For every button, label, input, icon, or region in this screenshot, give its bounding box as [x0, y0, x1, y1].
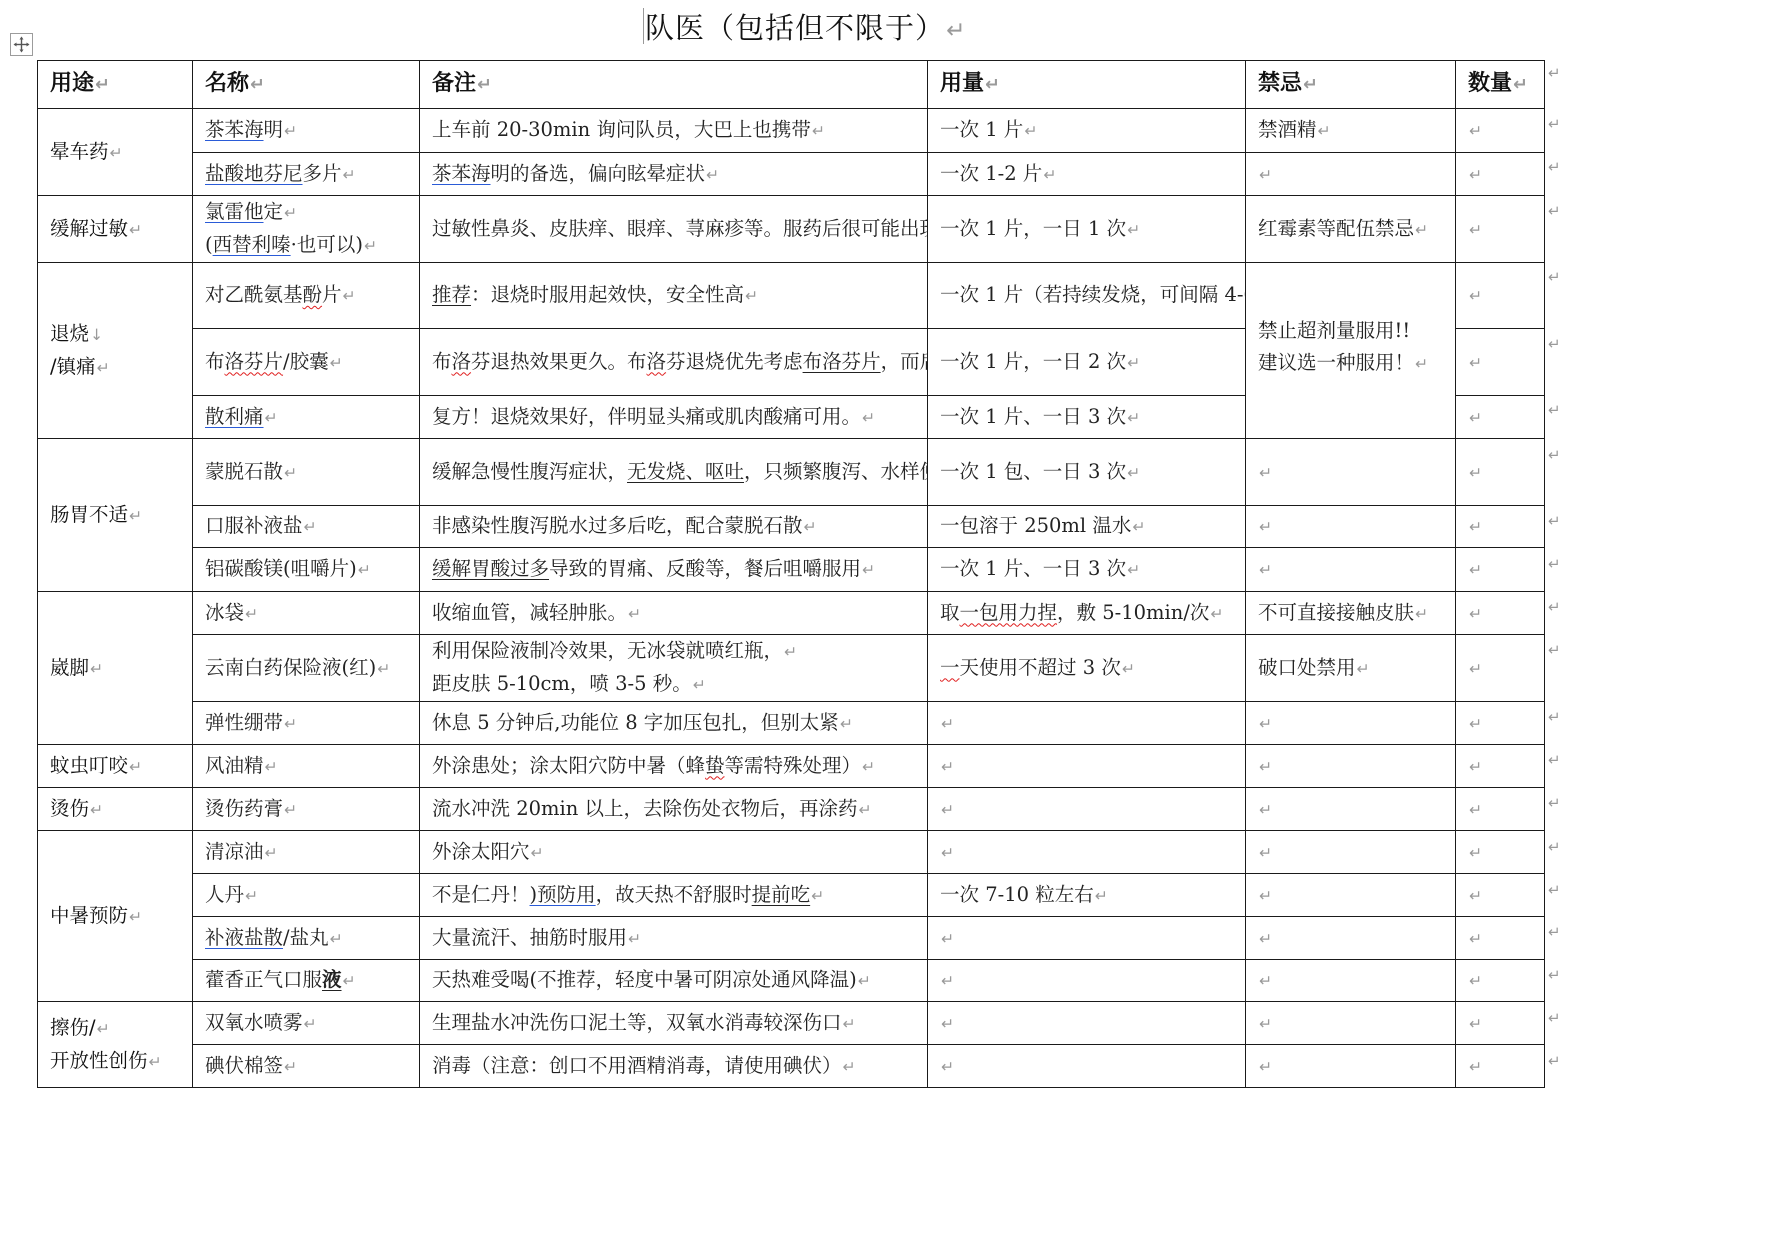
table-row: 烫伤↵ 烫伤药膏↵ 流水冲洗 20min 以上，去除伤处衣物后，再涂药↵ ↵ ↵…: [38, 788, 1545, 831]
row-end-mark-icon: ↵: [1548, 838, 1561, 856]
dosage-cell[interactable]: 一次 1 片，一日 1 次↵: [928, 196, 1246, 263]
row-end-mark-icon: ↵: [1548, 966, 1561, 984]
contra-cell[interactable]: ↵: [1246, 1045, 1456, 1088]
notes-cell[interactable]: 消毒（注意：创口不用酒精消毒，请使用碘伏）↵: [420, 1045, 928, 1088]
quantity-cell[interactable]: ↵: [1456, 329, 1545, 396]
dosage-cell[interactable]: ↵: [928, 702, 1246, 745]
dosage-cell[interactable]: 一次 1 片、一日 3 次↵: [928, 396, 1246, 439]
dosage-cell[interactable]: ↵: [928, 745, 1246, 788]
table-row: 崴脚↵ 冰袋↵ 收缩血管，减轻肿胀。↵ 取一包用力捏，敷 5-10min/次↵ …: [38, 592, 1545, 635]
contra-cell[interactable]: ↵: [1246, 917, 1456, 960]
row-end-mark-icon: ↵: [1548, 923, 1561, 941]
contra-cell[interactable]: ↵: [1246, 788, 1456, 831]
category-cell[interactable]: 肠胃不适↵: [38, 439, 193, 592]
category-cell[interactable]: 中暑预防↵: [38, 831, 193, 1002]
notes-cell[interactable]: 休息 5 分钟后,功能位 8 字加压包扎，但别太紧↵: [420, 702, 928, 745]
dosage-cell[interactable]: 一次 1 片、一日 3 次↵: [928, 548, 1246, 592]
quantity-cell[interactable]: ↵: [1456, 874, 1545, 917]
notes-cell[interactable]: 缓解胃酸过多导致的胃痛、反酸等，餐后咀嚼服用↵: [420, 548, 928, 592]
dosage-cell[interactable]: 一包溶于 250ml 温水↵: [928, 506, 1246, 548]
category-cell[interactable]: 缓解过敏↵: [38, 196, 193, 263]
row-end-mark-icon: ↵: [1548, 158, 1561, 176]
notes-cell[interactable]: 生理盐水冲洗伤口泥土等，双氧水消毒较深伤口↵: [420, 1002, 928, 1045]
name-cell[interactable]: 双氧水喷雾↵: [193, 1002, 420, 1045]
contra-cell[interactable]: ↵: [1246, 548, 1456, 592]
quantity-cell[interactable]: ↵: [1456, 831, 1545, 874]
row-end-mark-icon: ↵: [1548, 598, 1561, 616]
name-cell[interactable]: 布洛芬片/胶囊↵: [193, 329, 420, 396]
table-header-row: 用途↵ 名称↵ 备注↵ 用量↵ 禁忌↵ 数量↵: [38, 61, 1545, 109]
row-end-mark-icon: ↵: [1548, 64, 1561, 82]
name-cell[interactable]: 弹性绷带↵: [193, 702, 420, 745]
text-cursor: [643, 8, 644, 44]
name-cell[interactable]: 铝碳酸镁(咀嚼片)↵: [193, 548, 420, 592]
dosage-cell[interactable]: 一次 1 包、一日 3 次↵: [928, 439, 1246, 506]
row-end-mark-icon: ↵: [1548, 708, 1561, 726]
header-notes[interactable]: 备注↵: [420, 61, 928, 109]
name-cell[interactable]: 烫伤药膏↵: [193, 788, 420, 831]
row-end-mark-icon: ↵: [1548, 641, 1561, 659]
quantity-cell[interactable]: ↵: [1456, 396, 1545, 439]
table-row: 弹性绷带↵ 休息 5 分钟后,功能位 8 字加压包扎，但别太紧↵ ↵ ↵ ↵: [38, 702, 1545, 745]
name-cell[interactable]: 冰袋↵: [193, 592, 420, 635]
table-row: 中暑预防↵ 清凉油↵ 外涂太阳穴↵ ↵ ↵ ↵: [38, 831, 1545, 874]
category-cell[interactable]: 烫伤↵: [38, 788, 193, 831]
name-cell[interactable]: 云南白药保险液(红)↵: [193, 635, 420, 702]
category-cell[interactable]: 退烧↓/镇痛↵: [38, 263, 193, 439]
header-name[interactable]: 名称↵: [193, 61, 420, 109]
quantity-cell[interactable]: ↵: [1456, 1045, 1545, 1088]
medicine-table: 用途↵ 名称↵ 备注↵ 用量↵ 禁忌↵ 数量↵ 晕车药↵ 茶苯海明↵ 上车前 2…: [37, 60, 1545, 1088]
row-end-mark-icon: ↵: [1548, 401, 1561, 419]
quantity-cell[interactable]: ↵: [1456, 702, 1545, 745]
document-title[interactable]: 队医（包括但不限于）↵: [643, 6, 966, 47]
table-row: 铝碳酸镁(咀嚼片)↵ 缓解胃酸过多导致的胃痛、反酸等，餐后咀嚼服用↵ 一次 1 …: [38, 548, 1545, 592]
dosage-cell[interactable]: ↵: [928, 1045, 1246, 1088]
quantity-cell[interactable]: ↵: [1456, 153, 1545, 196]
contra-cell[interactable]: 红霉素等配伍禁忌↵: [1246, 196, 1456, 263]
quantity-cell[interactable]: ↵: [1456, 960, 1545, 1002]
paragraph-mark-icon: ↵: [946, 17, 966, 44]
row-end-mark-icon: ↵: [1548, 115, 1561, 133]
quantity-cell[interactable]: ↵: [1456, 635, 1545, 702]
row-end-mark-icon: ↵: [1548, 202, 1561, 220]
contra-cell[interactable]: 禁酒精↵: [1246, 109, 1456, 153]
dosage-cell[interactable]: ↵: [928, 1002, 1246, 1045]
category-cell[interactable]: 晕车药↵: [38, 109, 193, 196]
table-row: 云南白药保险液(红)↵ 利用保险液制冷效果，无冰袋就喷红瓶，↵距皮肤 5-10c…: [38, 635, 1545, 702]
row-end-mark-icon: ↵: [1548, 881, 1561, 899]
table-row: 晕车药↵ 茶苯海明↵ 上车前 20-30min 询问队员，大巴上也携带↵ 一次 …: [38, 109, 1545, 153]
notes-cell[interactable]: 利用保险液制冷效果，无冰袋就喷红瓶，↵距皮肤 5-10cm，喷 3-5 秒。↵: [420, 635, 928, 702]
contra-cell[interactable]: ↵: [1246, 702, 1456, 745]
name-cell[interactable]: 清凉油↵: [193, 831, 420, 874]
contra-cell[interactable]: ↵: [1246, 745, 1456, 788]
row-end-mark-icon: ↵: [1548, 446, 1561, 464]
contra-cell[interactable]: ↵: [1246, 439, 1456, 506]
table-row: 缓解过敏↵ 氯雷他定↵(西替利嗪·也可以)↵ 过敏性鼻炎、皮肤痒、眼痒、荨麻疹等…: [38, 196, 1545, 263]
quantity-cell[interactable]: ↵: [1456, 263, 1545, 329]
notes-cell[interactable]: 缓解急慢性腹泻症状，无发烧、呕吐，只频繁腹泻、水样便，服用止泻。需配合补液盐。↵: [420, 439, 928, 506]
notes-cell[interactable]: 大量流汗、抽筋时服用↵: [420, 917, 928, 960]
notes-cell[interactable]: 上车前 20-30min 询问队员，大巴上也携带↵: [420, 109, 928, 153]
name-cell[interactable]: 氯雷他定↵(西替利嗪·也可以)↵: [193, 196, 420, 263]
header-contraindication[interactable]: 禁忌↵: [1246, 61, 1456, 109]
contra-cell-shared[interactable]: 禁止超剂量服用!!建议选一种服用！↵: [1246, 263, 1456, 439]
table-row: 退烧↓/镇痛↵ 对乙酰氨基酚片↵ 推荐：退烧时服用起效快，安全性高↵ 一次 1 …: [38, 263, 1545, 329]
notes-cell[interactable]: 过敏性鼻炎、皮肤痒、眼痒、荨麻疹等。服药后很可能出现困倦、乏力、头痛，需关注服药…: [420, 196, 928, 263]
dosage-cell[interactable]: 一次 1-2 片↵: [928, 153, 1246, 196]
name-cell[interactable]: 风油精↵: [193, 745, 420, 788]
row-end-mark-icon: ↵: [1548, 335, 1561, 353]
dosage-cell[interactable]: 取一包用力捏，敷 5-10min/次↵: [928, 592, 1246, 635]
dosage-cell[interactable]: ↵: [928, 788, 1246, 831]
quantity-cell[interactable]: ↵: [1456, 109, 1545, 153]
contra-cell[interactable]: ↵: [1246, 506, 1456, 548]
name-cell[interactable]: 盐酸地芬尼多片↵: [193, 153, 420, 196]
name-cell[interactable]: 补液盐散/盐丸↵: [193, 917, 420, 960]
table-row: 藿香正气口服液↵ 天热难受喝(不推荐，轻度中暑可阴凉处通风降温)↵ ↵ ↵ ↵: [38, 960, 1545, 1002]
table-row: 盐酸地芬尼多片↵ 茶苯海明的备选，偏向眩晕症状↵ 一次 1-2 片↵ ↵ ↵: [38, 153, 1545, 196]
dosage-cell[interactable]: 一次 1 片↵: [928, 109, 1246, 153]
contra-cell[interactable]: ↵: [1246, 153, 1456, 196]
quantity-cell[interactable]: ↵: [1456, 196, 1545, 263]
table-row: 肠胃不适↵ 蒙脱石散↵ 缓解急慢性腹泻症状，无发烧、呕吐，只频繁腹泻、水样便，服…: [38, 439, 1545, 506]
category-cell[interactable]: 蚊虫叮咬↵: [38, 745, 193, 788]
quantity-cell[interactable]: ↵: [1456, 592, 1545, 635]
table-row: 人丹↵ 不是仁丹！)预防用，故天热不舒服时提前吃↵ 一次 7-10 粒左右↵ ↵…: [38, 874, 1545, 917]
category-cell[interactable]: 崴脚↵: [38, 592, 193, 745]
row-end-mark-icon: ↵: [1548, 268, 1561, 286]
name-cell[interactable]: 对乙酰氨基酚片↵: [193, 263, 420, 329]
notes-cell[interactable]: 收缩血管，减轻肿胀。↵: [420, 592, 928, 635]
notes-cell[interactable]: 外涂太阳穴↵: [420, 831, 928, 874]
header-quantity[interactable]: 数量↵: [1456, 61, 1545, 109]
row-end-mark-icon: ↵: [1548, 512, 1561, 530]
row-end-mark-icon: ↵: [1548, 1009, 1561, 1027]
name-cell[interactable]: 蒙脱石散↵: [193, 439, 420, 506]
quantity-cell[interactable]: ↵: [1456, 917, 1545, 960]
row-end-mark-icon: ↵: [1548, 1052, 1561, 1070]
notes-cell[interactable]: 流水冲洗 20min 以上，去除伤处衣物后，再涂药↵: [420, 788, 928, 831]
table-row: 擦伤/↵开放性创伤↵ 双氧水喷雾↵ 生理盐水冲洗伤口泥土等，双氧水消毒较深伤口↵…: [38, 1002, 1545, 1045]
contra-cell[interactable]: 不可直接接触皮肤↵: [1246, 592, 1456, 635]
notes-cell[interactable]: 非感染性腹泻脱水过多后吃，配合蒙脱石散↵: [420, 506, 928, 548]
quantity-cell[interactable]: ↵: [1456, 788, 1545, 831]
quantity-cell[interactable]: ↵: [1456, 506, 1545, 548]
dosage-cell[interactable]: ↵: [928, 960, 1246, 1002]
notes-cell[interactable]: 不是仁丹！)预防用，故天热不舒服时提前吃↵: [420, 874, 928, 917]
notes-cell[interactable]: 布洛芬退热效果更久。布洛芬退烧优先考虑布洛芬片，而后胶囊。缓释胶囊则多用于止疼。…: [420, 329, 928, 396]
notes-cell[interactable]: 推荐：退烧时服用起效快，安全性高↵: [420, 263, 928, 329]
name-cell[interactable]: 口服补液盐↵: [193, 506, 420, 548]
row-end-mark-icon: ↵: [1548, 751, 1561, 769]
name-cell[interactable]: 茶苯海明↵: [193, 109, 420, 153]
quantity-cell[interactable]: ↵: [1456, 745, 1545, 788]
notes-cell[interactable]: 复方！退烧效果好，伴明显头痛或肌肉酸痛可用。↵: [420, 396, 928, 439]
dosage-cell[interactable]: 一次 1 片（若持续发烧，可间隔 4-6 小时重复用药一次）↵: [928, 263, 1246, 329]
dosage-cell[interactable]: 一天使用不超过 3 次↵: [928, 635, 1246, 702]
quantity-cell[interactable]: ↵: [1456, 439, 1545, 506]
quantity-cell[interactable]: ↵: [1456, 1002, 1545, 1045]
notes-cell[interactable]: 茶苯海明的备选，偏向眩晕症状↵: [420, 153, 928, 196]
table-row: 蚊虫叮咬↵ 风油精↵ 外涂患处；涂太阳穴防中暑（蜂蛰等需特殊处理）↵ ↵ ↵ ↵: [38, 745, 1545, 788]
category-cell[interactable]: 擦伤/↵开放性创伤↵: [38, 1002, 193, 1088]
row-end-mark-icon: ↵: [1548, 794, 1561, 812]
name-cell[interactable]: 碘伏棉签↵: [193, 1045, 420, 1088]
header-usage[interactable]: 用途↵: [38, 61, 193, 109]
contra-cell[interactable]: ↵: [1246, 1002, 1456, 1045]
quantity-cell[interactable]: ↵: [1456, 548, 1545, 592]
table-row: 补液盐散/盐丸↵ 大量流汗、抽筋时服用↵ ↵ ↵ ↵: [38, 917, 1545, 960]
dosage-cell[interactable]: ↵: [928, 917, 1246, 960]
dosage-cell[interactable]: 一次 1 片，一日 2 次↵: [928, 329, 1246, 396]
name-cell[interactable]: 散利痛↵: [193, 396, 420, 439]
contra-cell[interactable]: ↵: [1246, 960, 1456, 1002]
notes-cell[interactable]: 天热难受喝(不推荐，轻度中暑可阴凉处通风降温)↵: [420, 960, 928, 1002]
dosage-cell[interactable]: 一次 7-10 粒左右↵: [928, 874, 1246, 917]
table-move-handle-icon[interactable]: [10, 33, 33, 56]
dosage-cell[interactable]: ↵: [928, 831, 1246, 874]
row-end-mark-icon: ↵: [1548, 555, 1561, 573]
table-row: 碘伏棉签↵ 消毒（注意：创口不用酒精消毒，请使用碘伏）↵ ↵ ↵ ↵: [38, 1045, 1545, 1088]
name-cell[interactable]: 人丹↵: [193, 874, 420, 917]
contra-cell[interactable]: 破口处禁用↵: [1246, 635, 1456, 702]
header-dosage[interactable]: 用量↵: [928, 61, 1246, 109]
notes-cell[interactable]: 外涂患处；涂太阳穴防中暑（蜂蛰等需特殊处理）↵: [420, 745, 928, 788]
table-row: 口服补液盐↵ 非感染性腹泻脱水过多后吃，配合蒙脱石散↵ 一包溶于 250ml 温…: [38, 506, 1545, 548]
contra-cell[interactable]: ↵: [1246, 831, 1456, 874]
name-cell[interactable]: 藿香正气口服液↵: [193, 960, 420, 1002]
contra-cell[interactable]: ↵: [1246, 874, 1456, 917]
